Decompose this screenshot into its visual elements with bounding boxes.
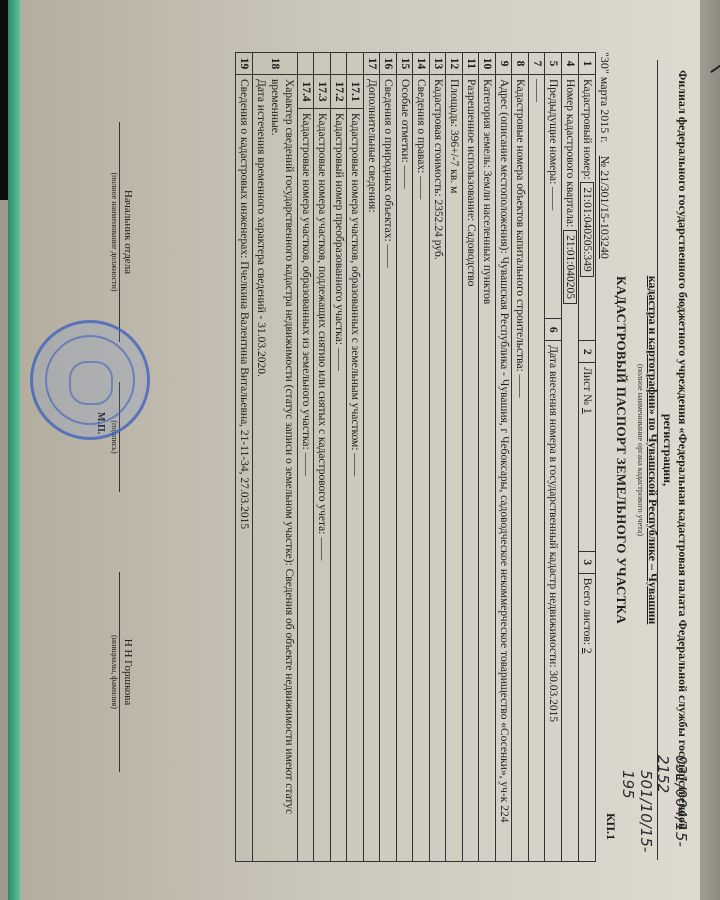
field-label: Сведения о природных объектах:	[382, 79, 394, 242]
table-row: 17 Дополнительные сведения:	[364, 53, 381, 862]
position-caption: (полное наименование должности)	[110, 122, 120, 342]
field-label: Сведения о правах:	[415, 79, 427, 173]
field-value: ——	[300, 453, 312, 476]
cadastral-passport-document: Филиал федерального государственного бюд…	[20, 0, 700, 900]
cadastral-number-value: 21:01:040205:349	[580, 182, 594, 276]
row-number: 11	[463, 53, 480, 75]
permitted-use-value: Садоводство	[465, 224, 477, 286]
row-number: 3	[579, 551, 596, 573]
row-number: 17	[364, 53, 381, 75]
field-label: Кадастровые номера участков, образованны…	[300, 113, 312, 450]
name-caption: (инициалы, фамилия)	[110, 572, 120, 772]
permitted-use-cell: Разрешенное использование: Садоводство	[463, 75, 480, 862]
handwritten-note-2: 031/004/15-2152	[654, 755, 690, 847]
position-title: Начальник отдела	[122, 122, 134, 342]
field-label: Лист №	[581, 367, 593, 405]
field-value: ——	[333, 348, 345, 371]
issue-date: "30" марта 2015 г.	[598, 52, 612, 143]
cadastral-value-value: 2352.24 руб.	[432, 200, 444, 260]
spacer-cell	[298, 53, 315, 75]
row-number: 19	[236, 53, 253, 75]
subrow-cell: Кадастровый номер преобразованного участ…	[331, 109, 348, 862]
row-number: 16	[380, 53, 397, 75]
quarter-number-value: 21:01:040205	[563, 230, 577, 304]
form-code: КП.1	[603, 813, 618, 840]
registration-date-value: 30.03.2015	[547, 670, 559, 722]
field-label: Особые отметки:	[399, 79, 411, 163]
field-label: Номер кадастрового квартала:	[564, 79, 576, 227]
handwritten-note-1: 501/10/15-195	[619, 770, 655, 852]
row-number: 13	[430, 53, 447, 75]
field-label: Кадастровый номер:	[581, 79, 593, 180]
spacer-cell	[347, 53, 364, 75]
field-label: Адрес (описание местоположения):	[498, 79, 510, 254]
additional-info-label: Дополнительные сведения:	[364, 75, 381, 862]
table-row: 16 Сведения о природных объектах: ——	[380, 53, 397, 862]
rights-cell: Сведения о правах: ——	[413, 75, 430, 862]
sheet-number-cell: Лист № 1	[579, 363, 596, 552]
field-label: Кадастровые номера объектов капитального…	[514, 79, 526, 372]
quarter-number-cell: Номер кадастрового квартала: 21:01:04020…	[562, 75, 579, 862]
row-number: 8	[512, 53, 529, 75]
field-value: ——	[316, 537, 328, 560]
coat-of-arms-icon	[69, 361, 113, 405]
row-number: 1	[579, 53, 596, 75]
organization-line-1: Филиал федерального государственного бюд…	[660, 70, 690, 830]
row-number: 9	[496, 53, 513, 75]
subrow-cell: Кадастровые номера участков, образованны…	[298, 109, 315, 862]
official-seal-stamp	[30, 320, 150, 440]
document-header: Филиал федерального государственного бюд…	[613, 70, 690, 830]
table-row: 13 Кадастровая стоимость: 2352.24 руб.	[430, 53, 447, 862]
registration-date-cell: Дата внесения номера в государственный к…	[545, 341, 562, 862]
field-value: ——	[529, 75, 546, 862]
date-line: "30" марта 2015 г. № 21/301/15-103240	[597, 52, 612, 259]
subrow-cell: Кадастровые номера участков, образованны…	[347, 109, 364, 862]
row-number: 6	[545, 319, 562, 341]
field-label: Кадастровые номера участков, образованны…	[349, 113, 361, 451]
address-value: Чувашская Республика - Чувашия, г Чебокс…	[498, 257, 510, 823]
field-value: ——	[415, 176, 427, 199]
address-cell: Адрес (описание местоположения): Чувашск…	[496, 75, 513, 862]
document-title: КАДАСТРОВЫЙ ПАСПОРТ ЗЕМЕЛЬНОГО УЧАСТКА	[613, 70, 629, 830]
field-label: Кадастровый номер преобразованного участ…	[333, 113, 345, 345]
field-label: Кадастровая стоимость:	[432, 79, 444, 197]
cadastral-table: 1 Кадастровый номер: 21:01:040205:349 2 …	[236, 52, 597, 862]
area-cell: Площадь: 396+/-7 кв. м	[446, 75, 463, 862]
field-value: ——	[382, 245, 394, 268]
special-notes-cell: Особые отметки: ——	[397, 75, 414, 862]
row-number: 5	[545, 53, 562, 75]
row-number: 17.1	[347, 75, 364, 109]
field-label: Площадь:	[448, 79, 460, 127]
cadastral-value-cell: Кадастровая стоимость: 2352.24 руб.	[430, 75, 447, 862]
table-row: 8 Кадастровые номера объектов капитально…	[512, 53, 529, 862]
signature-block: Начальник отдела (полное наименование до…	[80, 52, 140, 862]
table-row: 17.4 Кадастровые номера участков, образо…	[298, 53, 315, 862]
row-number: 15	[397, 53, 414, 75]
table-row: 4 Номер кадастрового квартала: 21:01:040…	[562, 53, 579, 862]
field-value: ——	[514, 375, 526, 398]
table-row: 12 Площадь: 396+/-7 кв. м	[446, 53, 463, 862]
cadastral-number-cell: Кадастровый номер: 21:01:040205:349	[579, 75, 596, 341]
row-number: 12	[446, 53, 463, 75]
field-value: ——	[547, 187, 559, 210]
table-row: 17.2 Кадастровый номер преобразованного …	[331, 53, 348, 862]
capital-objects-cell: Кадастровые номера объектов капитального…	[512, 75, 529, 862]
table-row: 15 Особые отметки: ——	[397, 53, 414, 862]
field-label: Предыдущие номера:	[547, 79, 559, 184]
table-row: 1 Кадастровый номер: 21:01:040205:349 2 …	[579, 53, 596, 862]
document-number: № 21/301/15-103240	[598, 156, 612, 259]
previous-numbers-cell: Предыдущие номера: ——	[545, 75, 562, 319]
row-number: 4	[562, 53, 579, 75]
field-label: Всего листов:	[581, 578, 593, 645]
sheet-number-value: 1	[581, 408, 593, 414]
signatory-position: Начальник отдела (полное наименование до…	[110, 122, 134, 342]
organization-line-2: кадастра и картографии» по Чувашской Рес…	[645, 70, 660, 830]
signatory-name: Н Н Горшкова (инициалы, фамилия)	[110, 572, 134, 772]
table-row: 10 Категория земель: Земли населенных пу…	[479, 53, 496, 862]
table-row: 9 Адрес (описание местоположения): Чуваш…	[496, 53, 513, 862]
table-row: 19 Сведения о кадастровых инженерах: Пче…	[236, 53, 253, 862]
expiry-date-text: Дата истечения временного характера свед…	[254, 79, 268, 857]
land-category-value: Земли населенных пунктов	[481, 171, 493, 305]
signatory-name-value: Н Н Горшкова	[122, 572, 134, 772]
cadastral-engineers-text: Сведения о кадастровых инженерах: Пчелки…	[236, 75, 253, 862]
organization-caption: (полное наименование органа кадастрового…	[635, 70, 645, 830]
record-status-text: Характер сведений государственного кадас…	[268, 79, 296, 857]
total-sheets-cell: Всего листов: 2	[579, 573, 596, 861]
field-label: Кадастровые номера участков, подлежащих …	[316, 113, 328, 534]
table-row: 14 Сведения о правах: ——	[413, 53, 430, 862]
table-row: 7 ——	[529, 53, 546, 862]
table-row: 18 Характер сведений государственного ка…	[253, 53, 298, 862]
row-number: 17.2	[331, 75, 348, 109]
row-number: 10	[479, 53, 496, 75]
row-number: 18	[253, 53, 298, 75]
row-number: 17.3	[314, 75, 331, 109]
row-number: 7	[529, 53, 546, 75]
row-number: 2	[579, 341, 596, 363]
table-row: 5 Предыдущие номера: —— 6 Дата внесения …	[545, 53, 562, 862]
row-number: 17.4	[298, 75, 315, 109]
field-value: ——	[399, 166, 411, 189]
table-row: 17.3 Кадастровые номера участков, подлеж…	[314, 53, 331, 862]
land-category-cell: Категория земель: Земли населенных пункт…	[479, 75, 496, 862]
field-value: ——	[349, 453, 361, 476]
table-row: 11 Разрешенное использование: Садоводств…	[463, 53, 480, 862]
total-sheets-value: 2	[581, 648, 593, 654]
record-status-cell: Характер сведений государственного кадас…	[253, 75, 298, 862]
field-label: Разрешенное использование:	[465, 79, 477, 221]
spacer-cell	[331, 53, 348, 75]
field-label: Категория земель:	[481, 79, 493, 168]
subrow-cell: Кадастровые номера участков, подлежащих …	[314, 109, 331, 862]
table-row: 17.1 Кадастровые номера участков, образо…	[347, 53, 364, 862]
area-value: 396+/-7 кв. м	[448, 130, 460, 193]
field-label: Дата внесения номера в государственный к…	[547, 345, 559, 667]
natural-objects-cell: Сведения о природных объектах: ——	[380, 75, 397, 862]
row-number: 14	[413, 53, 430, 75]
spacer-cell	[314, 53, 331, 75]
